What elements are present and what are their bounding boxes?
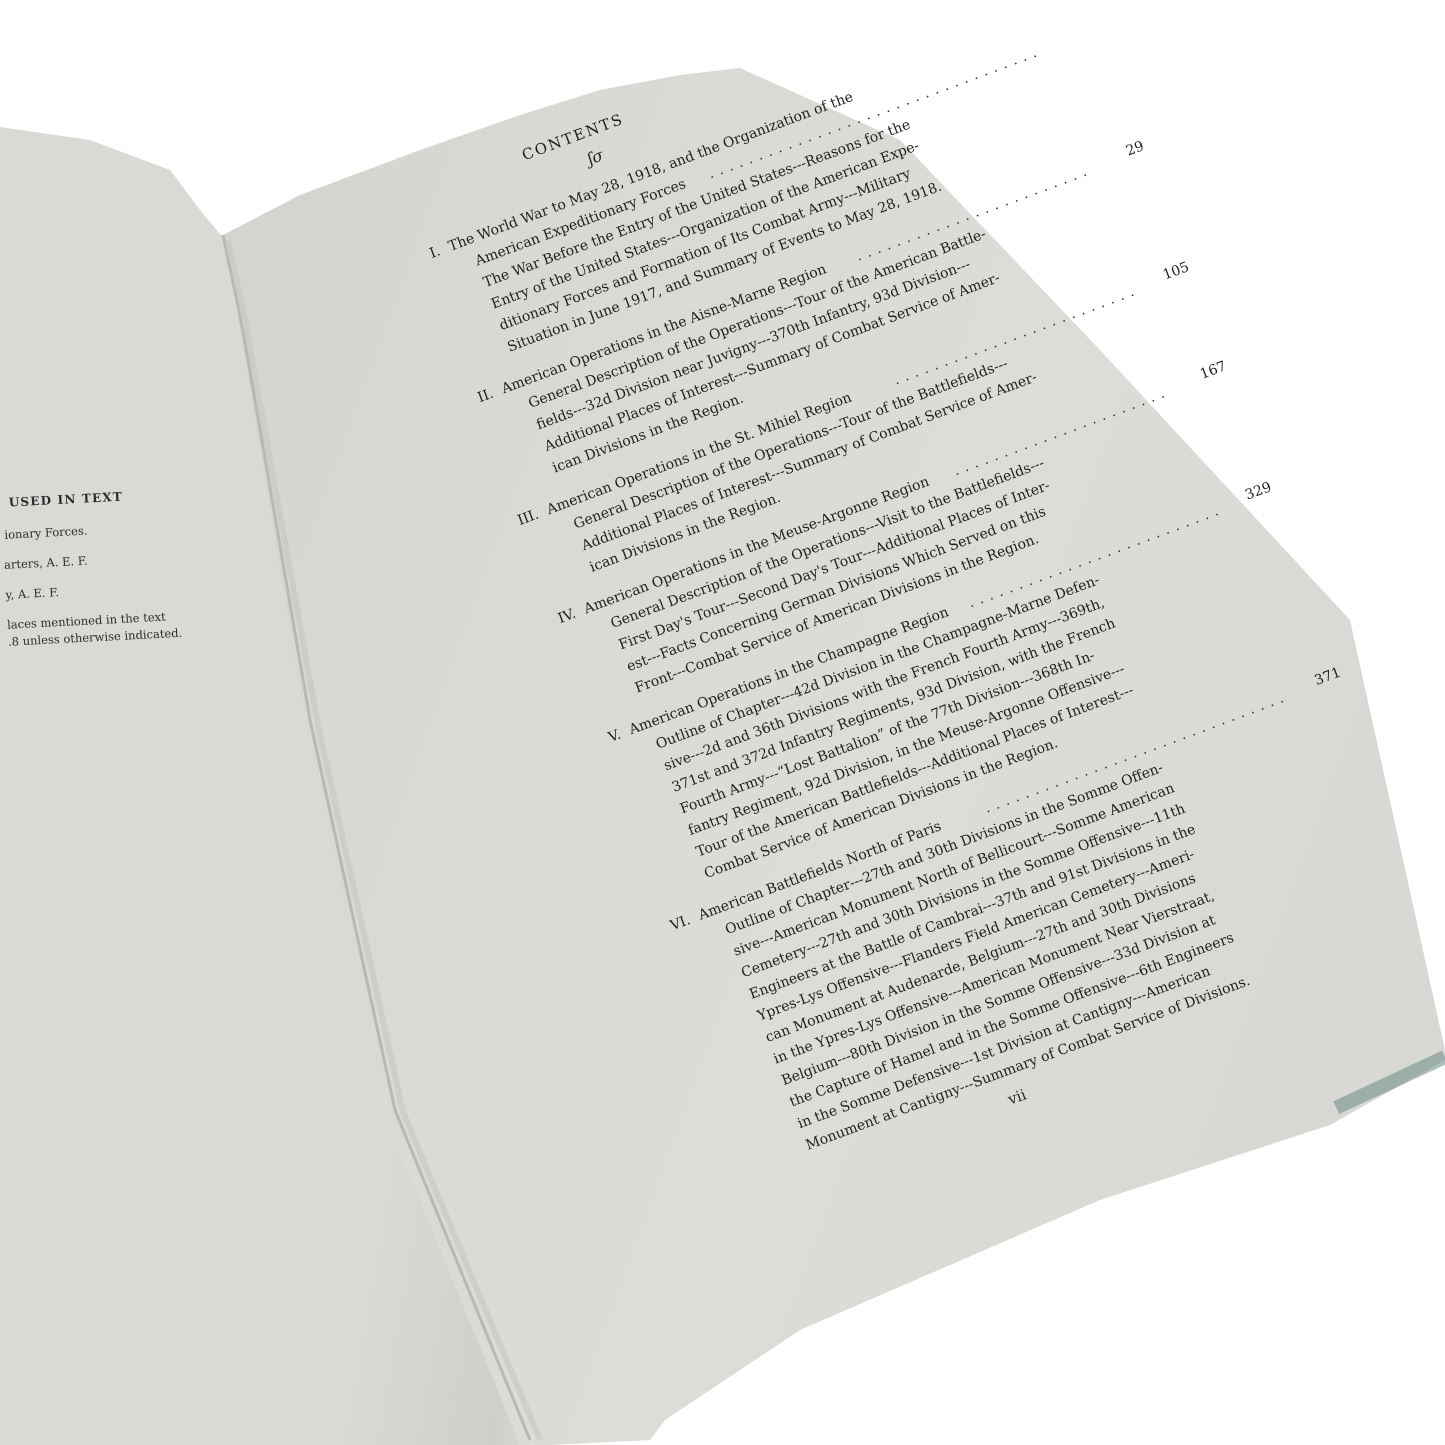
page-reference: 329 (1230, 476, 1276, 512)
page-reference: 1 (1042, 0, 1088, 11)
page-reference: 105 (1147, 256, 1193, 292)
page-reference: 29 (1102, 135, 1148, 171)
book-photo: USED IN TEXT ionary Forces. arters, A. E… (0, 0, 1445, 1445)
abbreviation-line: y, A. E. F. (5, 585, 59, 602)
page-reference: 167 (1184, 356, 1230, 392)
